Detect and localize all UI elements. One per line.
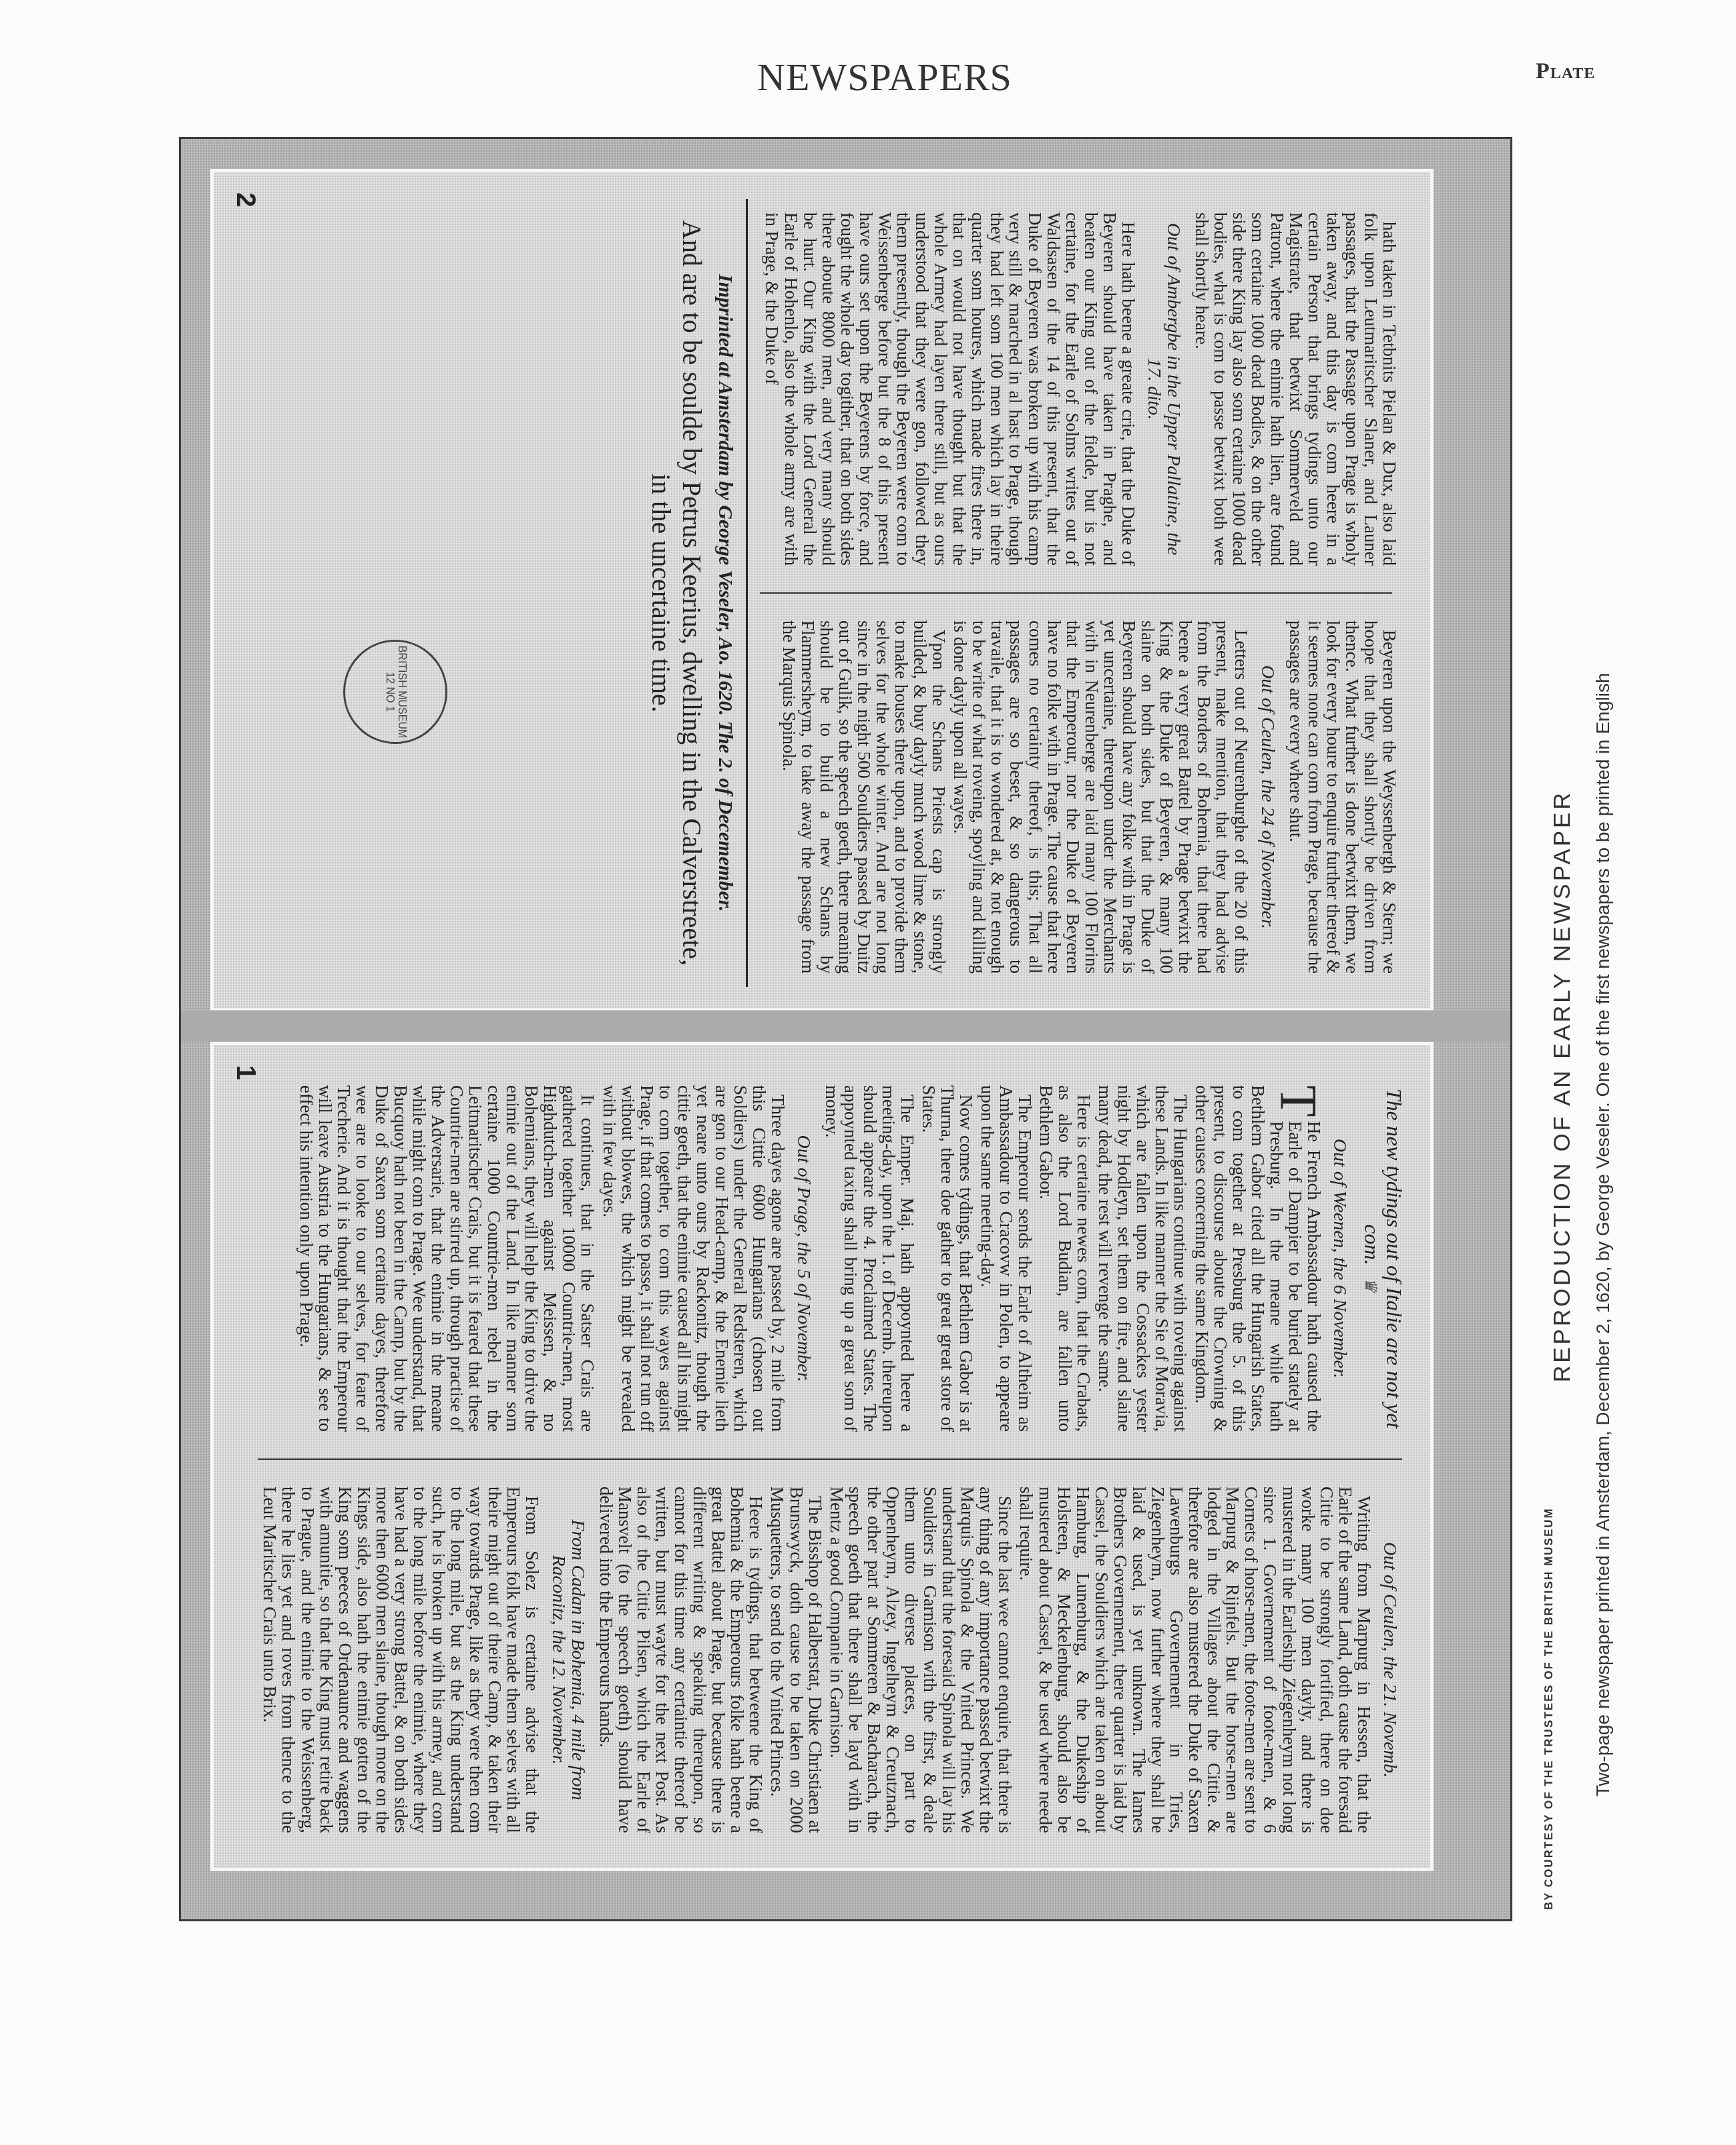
newspaper-headline: The new tydings out of Italie are not ye…: [1360, 1085, 1405, 1432]
headline-text: The new tydings out of Italie are not ye…: [1360, 1089, 1406, 1428]
article-paragraph: Vpon the Schans Priests cap is strongly …: [779, 620, 948, 974]
page-1-column-1: The new tydings out of Italie are not ye…: [258, 1085, 1409, 1432]
article-paragraph: Writing from Marpurg in Hessen, that the…: [1017, 1487, 1373, 1833]
plate-label: Plate: [1536, 59, 1595, 84]
colophon: Imprinted at Amsterdam by George Veseler…: [646, 172, 748, 1014]
imprint-line: Imprinted at Amsterdam by George Veseler…: [714, 172, 736, 1014]
page-gutter: [181, 1010, 1510, 1042]
article-paragraph: The Emper. Maj. hath appoynted heere a m…: [823, 1085, 916, 1432]
article-lead-paragraph: THe French Ambassadour hath caused the E…: [1192, 1085, 1324, 1432]
running-head: NEWSPAPERS: [734, 55, 1035, 100]
page-1-content: The new tydings out of Italie are not ye…: [214, 1045, 1436, 1873]
column-rule: [258, 1458, 1402, 1460]
courtesy-credit: BY COURTESY OF THE TRUSTEES OF THE BRITI…: [1542, 1507, 1556, 1910]
colophon-rule: [746, 199, 748, 987]
article-paragraph: hath taken in Tetbnits Pielan & Dux, als…: [1192, 212, 1399, 566]
page-2-column-1: hath taken in Tetbnits Pielan & Dux, als…: [760, 212, 1399, 566]
article-dateline: Out of Ambergbe in the Upper Pallatine, …: [1144, 212, 1183, 566]
sold-by-line-2: in the uncertaine time.: [646, 172, 676, 1014]
article-paragraph: Three dayes agone are passed by, 2 mile …: [600, 1085, 787, 1432]
newspaper-page-1: The new tydings out of Italie are not ye…: [210, 1042, 1434, 1871]
column-rule: [760, 592, 1392, 594]
article-paragraph: Since the last wee cannot enquire, that …: [827, 1487, 1015, 1833]
article-dateline: Out of Weenen, the 6 November.: [1330, 1085, 1349, 1432]
page-number-1: 1: [230, 1065, 260, 1080]
article-paragraph: Here hath beene a greate crie, that the …: [763, 212, 1138, 566]
article-paragraph: Letters out of Neurenburghe of the 20 of…: [951, 620, 1251, 974]
newspaper-page-2: hath taken in Tetbnits Pielan & Dux, als…: [210, 169, 1434, 1012]
article-paragraph: Now comes tydings, that Bethlem Gabor is…: [919, 1085, 975, 1432]
article-dateline: Out of Ceulen, the 24 of November.: [1257, 620, 1277, 974]
article-paragraph: The Hungarians continue with roveing aga…: [1096, 1085, 1189, 1432]
page-1-column-2: Out of Ceulen, the 21. Novemb.Writing fr…: [258, 1487, 1409, 1833]
plate-mat-frame: hath taken in Tetbnits Pielan & Dux, als…: [179, 137, 1512, 1921]
crown-ornament-icon: ♛: [1361, 1278, 1379, 1293]
sold-by-line: And are to be soulde by Petrus Keerius, …: [676, 172, 707, 1014]
article-paragraph: Heere is tydings, that betweene the King…: [597, 1487, 766, 1833]
article-dateline: Out of Ceulen, the 21. Novemb.: [1380, 1487, 1399, 1833]
page-2-content: hath taken in Tetbnits Pielan & Dux, als…: [214, 172, 1436, 1014]
drop-cap: T: [1275, 1085, 1322, 1117]
plate-caption-subtitle: Two-page newspaper printed in Amsterdam,…: [1592, 672, 1614, 1796]
article-paragraph: From Solez is certaine advise that the E…: [260, 1487, 541, 1833]
article-paragraph: Here is certaine newes com, that the Cra…: [1037, 1085, 1093, 1432]
article-dateline: From Cadan in Bohemia, 4 mile from Racon…: [548, 1487, 587, 1833]
article-dateline: Out of Prage, the 5 of November.: [794, 1085, 813, 1432]
article-paragraph: It continues, that in the Satser Crais a…: [297, 1085, 597, 1432]
article-paragraph: The Emperour sends the Earle of Altheim …: [978, 1085, 1034, 1432]
page-2-column-2: Beyeren upon the Weyssenbergh & Stern; w…: [760, 620, 1399, 974]
article-paragraph: The Bisshop of Halberstat, Duke Christia…: [768, 1487, 824, 1833]
page-number-2: 2: [230, 192, 260, 207]
article-paragraph: Beyeren upon the Weyssenbergh & Stern; w…: [1287, 620, 1399, 974]
museum-stamp: BRITISH MUSEUM 12 NO 1: [343, 640, 447, 744]
